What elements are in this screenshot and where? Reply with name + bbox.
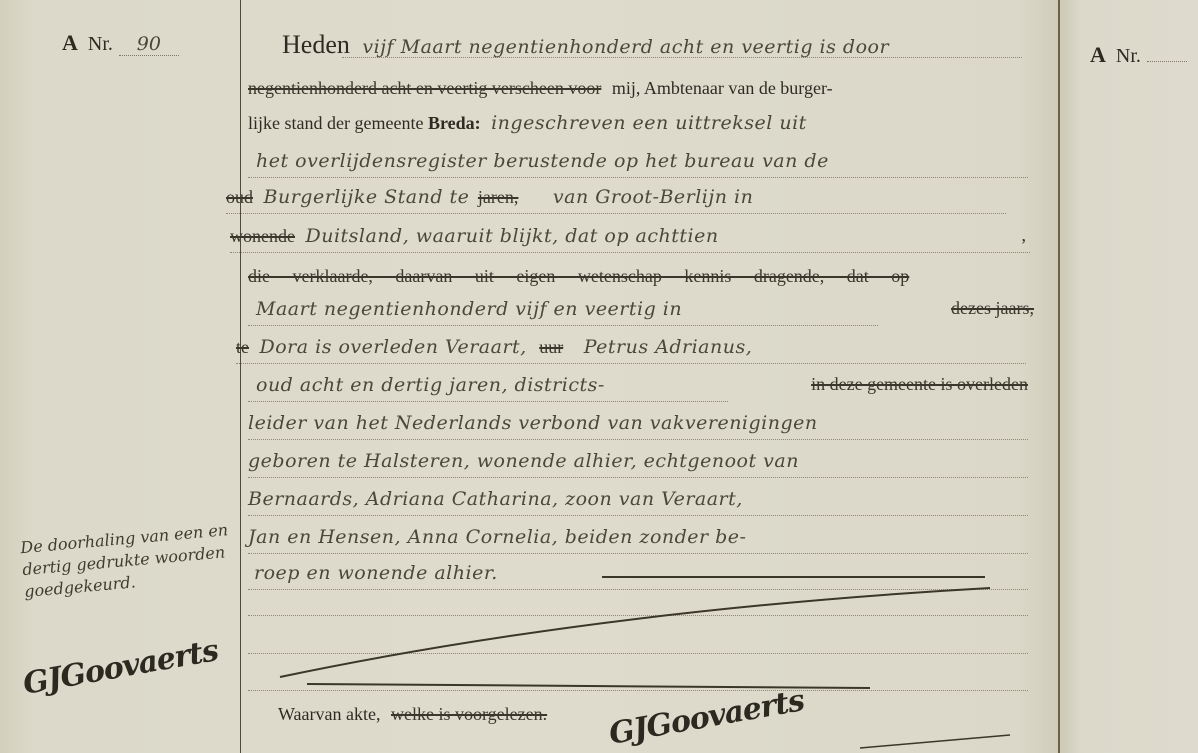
- cancellation-strokes: [0, 0, 1198, 753]
